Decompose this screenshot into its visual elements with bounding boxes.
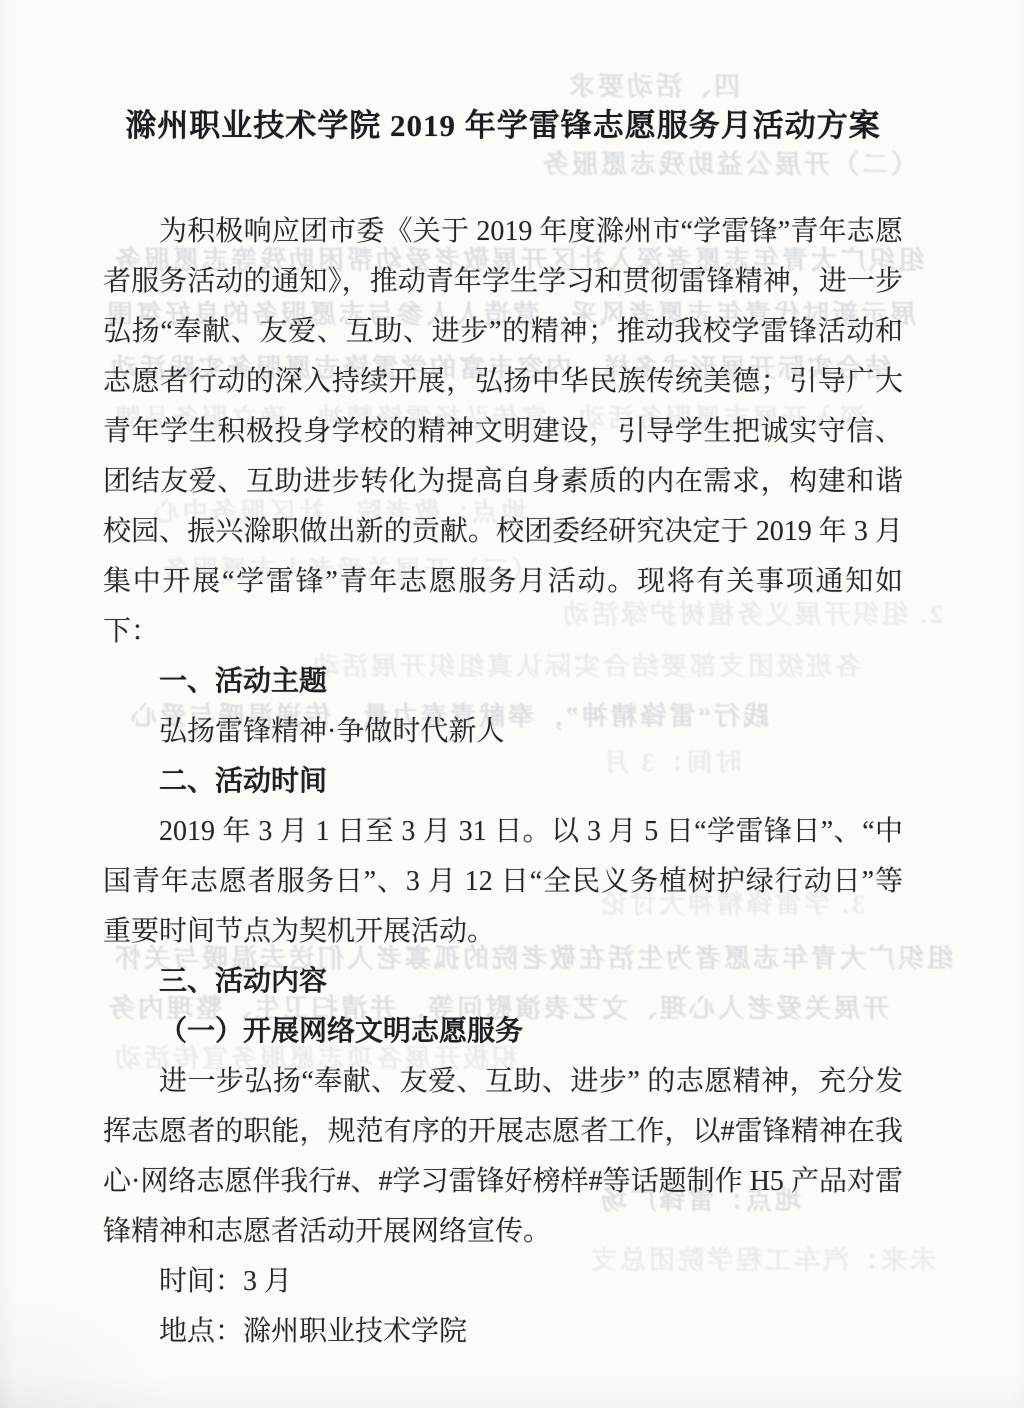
time-line: 时间：3 月 [103,1257,903,1307]
network-service-paragraph: 进一步弘扬“奉献、友爱、互助、进步” 的志愿精神，充分发挥志愿者的职能，规范有序… [103,1057,903,1257]
section-heading-content: 三、活动内容 [103,957,903,1007]
time-paragraph: 2019 年 3 月 1 日至 3 月 31 日。以 3 月 5 日“学雷锋日”… [103,807,903,957]
section-heading-theme: 一、活动主题 [103,657,903,707]
intro-paragraph: 为积极响应团市委《关于 2019 年度滁州市“学雷锋”青年志愿者服务活动的通知》… [103,207,903,657]
section-heading-time: 二、活动时间 [103,757,903,807]
theme-slogan: 弘扬雷锋精神·争做时代新人 [103,707,903,757]
subsection-heading-network-service: （一）开展网络文明志愿服务 [103,1007,903,1057]
scanned-document-page: 四、活动要求 （二）开展公益助残志愿服务 组织广大青年志愿者深入社区开展敬老爱幼… [0,0,1024,1408]
location-line: 地点：滁州职业技术学院 [103,1307,903,1357]
document-title: 滁州职业技术学院 2019 年学雷锋志愿服务月活动方案 [103,104,903,148]
document-body: 滁州职业技术学院 2019 年学雷锋志愿服务月活动方案 为积极响应团市委《关于 … [103,104,903,1357]
bleedthrough-line: 四、活动要求 [566,72,740,102]
